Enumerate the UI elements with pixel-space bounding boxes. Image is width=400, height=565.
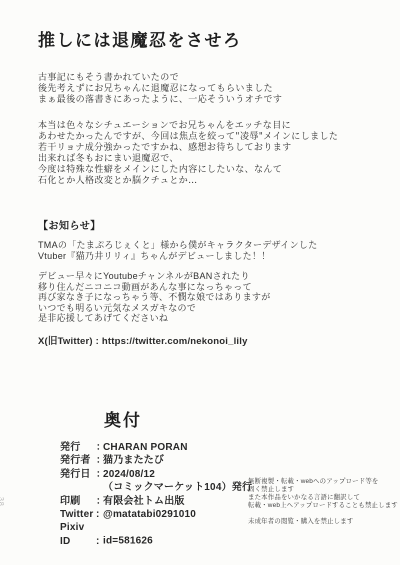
row-label: 発行日 (60, 468, 96, 481)
text-line: 後先考えずにお兄ちゃんに退魔忍になってもらいました (38, 84, 282, 95)
row-value: id=581626 (103, 536, 153, 547)
text-line: 石化とか人格改変とか脳クチュとか… (38, 176, 282, 187)
page-edge-number: 38 (0, 497, 4, 507)
text-line: 未成年者の閲覧・購入を禁止します (248, 518, 353, 526)
row-label: 発行 (60, 441, 96, 454)
text-line: 固く禁止します (248, 486, 398, 494)
text-line: あわせたかったんですが、今回は焦点を絞って"凌辱"メインにしました (38, 132, 338, 143)
colophon-row-event: （コミックマーケット104）発行 (60, 481, 252, 494)
notice-paragraph-2: デビュー早々にYoutubeチャンネルがBANされたり 移り住んだニコニコ動画が… (38, 271, 271, 324)
text-line: 無断複製・転載・webへのアップロード等を (248, 478, 398, 486)
text-line: 若干リョナ成分強かったですかね、感想お待ちしております (38, 143, 338, 154)
text-line: まぁ最後の落書きにあったように、一応そういうオチです (38, 95, 282, 106)
row-value: （コミックマーケット104）発行 (103, 482, 252, 493)
afterword-paragraph-2: 本当は色々なシチュエーションでお兄ちゃんをエッチな目に あわせたかったんですが、… (38, 121, 338, 154)
colophon-row-printer: 印刷：有限会社トム出版 (60, 495, 252, 508)
text-line: いつでも明るい元気なメスガキなので (38, 303, 271, 314)
row-separator: ： (96, 468, 103, 481)
row-separator: ： (96, 441, 103, 454)
row-value: @matatabi0291010 (103, 509, 196, 520)
text-line: TMAの「たまぷろじぇくと」様から僕がキャラクターデザインした (38, 240, 318, 251)
row-label: Pixiv ID (60, 521, 96, 548)
row-label: 印刷 (60, 495, 96, 508)
row-value: CHARAN PORAN (103, 442, 188, 453)
notice-heading: 【お知らせ】 (38, 217, 101, 232)
row-value: 猫乃またたび (103, 455, 164, 466)
colophon-row-author: 発行者：猫乃またたび (60, 454, 252, 467)
row-value: 2024/08/12 (103, 469, 155, 480)
legal-notice-block-1: 無断複製・転載・webへのアップロード等を 固く禁止します また本作品をいかなる… (248, 478, 398, 510)
afterword-paragraph-3: 出来れば冬もおにまい退魔忍で、 今度は特殊な性癖をメインにした内容にしたいな、な… (38, 154, 282, 187)
colophon-rows: 発行：CHARAN PORAN 発行者：猫乃またたび 発行日：2024/08/1… (60, 441, 252, 548)
row-label: 発行者 (60, 454, 96, 467)
row-label: Twitter (60, 508, 96, 521)
text-line: 本当は色々なシチュエーションでお兄ちゃんをエッチな目に (38, 121, 338, 132)
row-separator: ： (96, 454, 103, 467)
twitter-url-text: X(旧Twitter) : https://twitter.com/nekono… (38, 333, 248, 347)
text-line: 転載・web上へアップロードすることも禁止します (248, 502, 398, 510)
colophon-heading: 奥付 (104, 406, 142, 431)
text-line: 是非応援してあげてくださいね (38, 313, 271, 324)
colophon-row-twitter: Twitter:@matatabi0291010 (60, 508, 252, 521)
text-line: また本作品をいかなる言語に翻訳して (248, 494, 398, 502)
colophon-row-publisher: 発行：CHARAN PORAN (60, 441, 252, 454)
text-line: Vtuber『猫乃井リリィ』ちゃんがデビューしました！！ (38, 251, 318, 262)
text-line: 古事記にもそう書かれていたので (38, 73, 282, 84)
notice-paragraph-1: TMAの「たまぷろじぇくと」様から僕がキャラクターデザインした Vtuber『猫… (38, 240, 318, 261)
afterword-paragraph-1: 古事記にもそう書かれていたので 後先考えずにお兄ちゃんに退魔忍になってもらいまし… (38, 73, 282, 106)
colophon-row-date: 発行日：2024/08/12 (60, 468, 252, 481)
text-line: 再び家なき子になっちゃう等、不憫な娘ではありますが (38, 292, 271, 303)
legal-notice-block-2: 未成年者の閲覧・購入を禁止します (248, 518, 353, 526)
text-line: 移り住んだニコニコ動画があんな事になっちゃって (38, 282, 271, 293)
row-separator: : (96, 508, 103, 521)
text-line: 出来れば冬もおにまい退魔忍で、 (38, 154, 282, 165)
row-separator: : (96, 535, 103, 548)
page-title: 推しには退魔忍をさせろ (38, 26, 242, 51)
afterword-page: 推しには退魔忍をさせろ 古事記にもそう書かれていたので 後先考えずにお兄ちゃんに… (0, 0, 400, 565)
text-line: デビュー早々にYoutubeチャンネルがBANされたり (38, 271, 271, 282)
row-separator: ： (96, 495, 103, 508)
colophon-row-pixiv: Pixiv ID:id=581626 (60, 521, 252, 548)
text-line: 今度は特殊な性癖をメインにした内容にしたいな、なんて (38, 165, 282, 176)
row-value: 有限会社トム出版 (103, 496, 185, 507)
